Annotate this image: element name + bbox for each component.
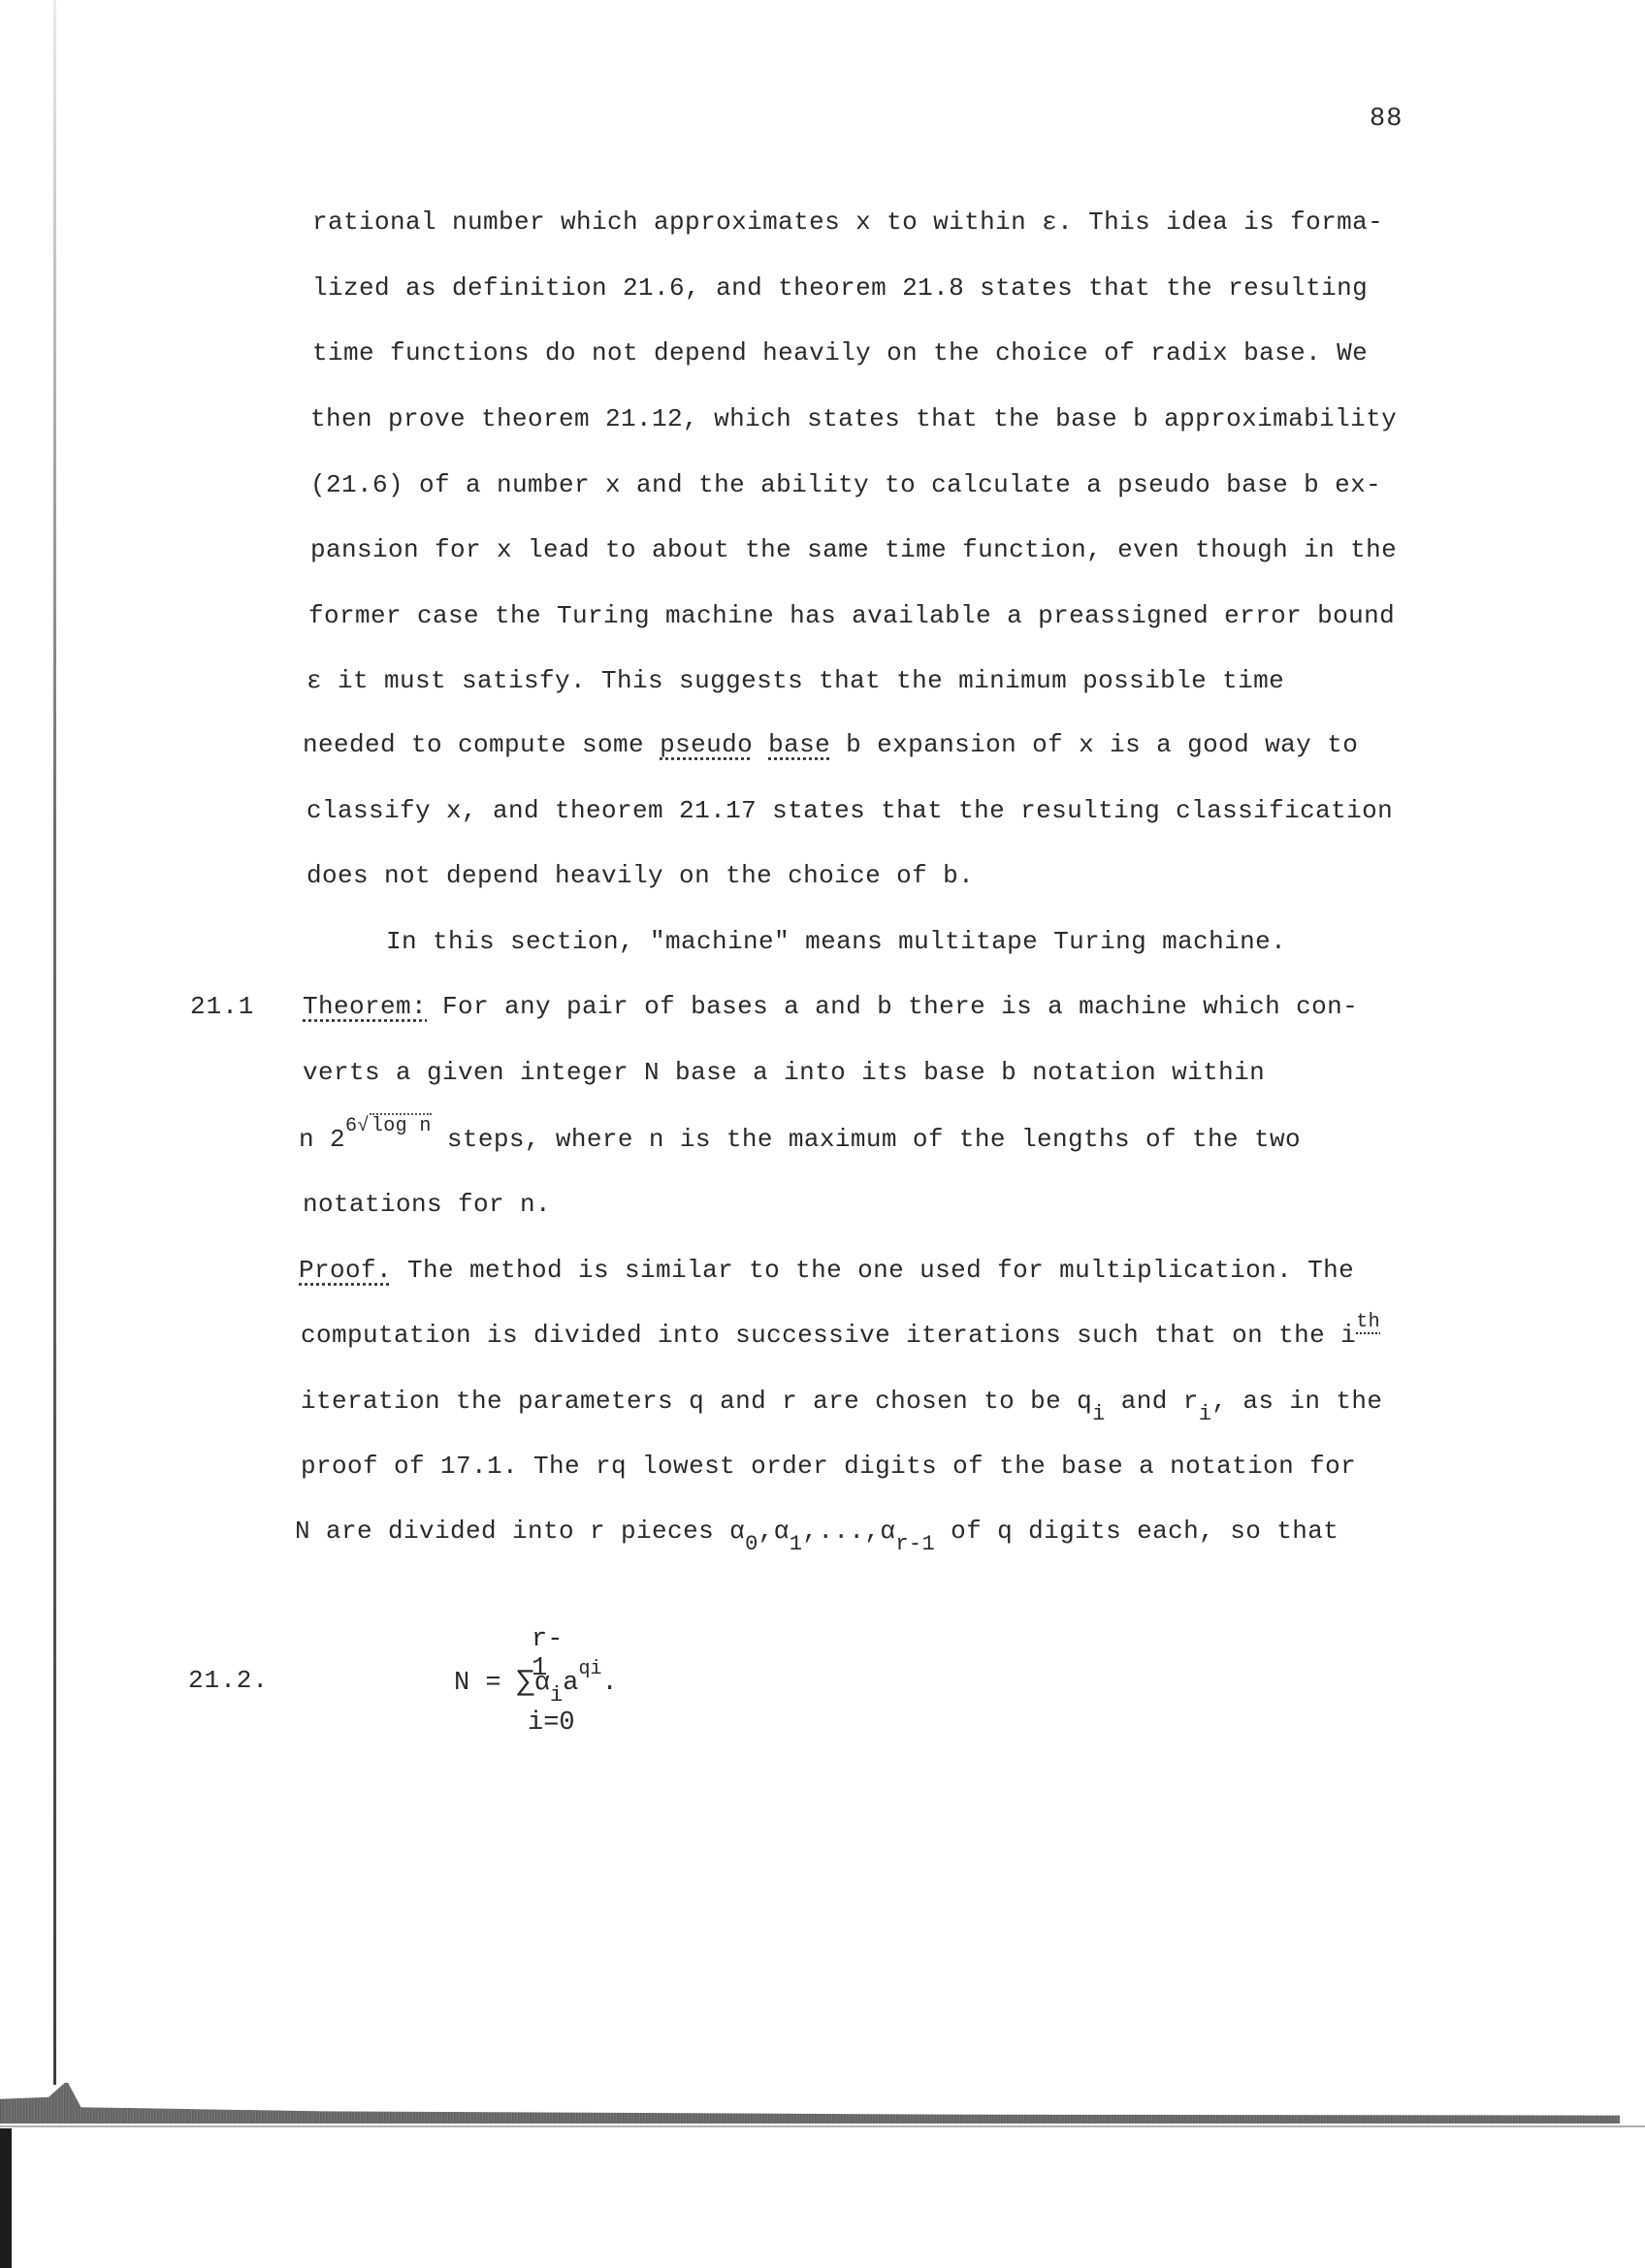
theorem-label: Theorem: xyxy=(303,992,427,1021)
paragraph-line: ε it must satisfy. This suggests that th… xyxy=(306,666,1284,695)
proof-label: Proof. xyxy=(299,1256,392,1285)
paragraph-line: classify x, and theorem 21.17 states tha… xyxy=(306,796,1393,825)
sigma-symbol: ∑ xyxy=(517,1666,534,1699)
proof-line: computation is divided into successive i… xyxy=(301,1321,1380,1350)
theorem-number: 21.1 xyxy=(190,992,254,1021)
underlined-word-base: base xyxy=(768,730,830,759)
paragraph-line: does not depend heavily on the choice of… xyxy=(306,861,974,890)
paragraph-line: time functions do not depend heavily on … xyxy=(312,338,1368,367)
paragraph-line: rational number which approximates x to … xyxy=(312,208,1383,237)
page-number: 88 xyxy=(1370,105,1403,134)
paragraph-line: former case the Turing machine has avail… xyxy=(308,601,1395,630)
proof-line: N are divided into r pieces α0,α1,...,αr… xyxy=(295,1517,1339,1546)
exponent: 6√log n xyxy=(345,1115,432,1137)
equation-number: 21.2. xyxy=(188,1666,269,1695)
proof-line: proof of 17.1. The rq lowest order digit… xyxy=(301,1452,1356,1481)
theorem-line: Theorem: For any pair of bases a and b t… xyxy=(303,992,1358,1021)
theorem-line: notations for n. xyxy=(303,1190,551,1219)
sum-lower-limit: i=0 xyxy=(528,1709,575,1738)
paragraph-line: then prove theorem 21.12, which states t… xyxy=(310,404,1397,433)
section-convention-note: In this section, "machine" means multita… xyxy=(386,927,1286,956)
theorem-line: n 26√log n steps, where n is the maximum… xyxy=(299,1125,1301,1154)
paragraph-line: lized as definition 21.6, and theorem 21… xyxy=(312,273,1368,303)
paragraph-line: pansion for x lead to about the same tim… xyxy=(310,535,1397,564)
proof-line: Proof. The method is similar to the one … xyxy=(299,1256,1354,1285)
page-fold-line xyxy=(0,2125,1645,2127)
theorem-line: verts a given integer N base a into its … xyxy=(303,1058,1265,1087)
proof-line: iteration the parameters q and r are cho… xyxy=(301,1387,1382,1416)
paragraph-line: (21.6) of a number x and the ability to … xyxy=(310,470,1381,499)
binding-shadow xyxy=(0,2083,1620,2124)
scanner-edge-bar xyxy=(0,2128,12,2268)
page-edge-left xyxy=(53,0,56,2085)
paragraph-line: needed to compute some pseudo base b exp… xyxy=(303,730,1358,759)
underlined-word-pseudo: pseudo xyxy=(660,730,753,759)
